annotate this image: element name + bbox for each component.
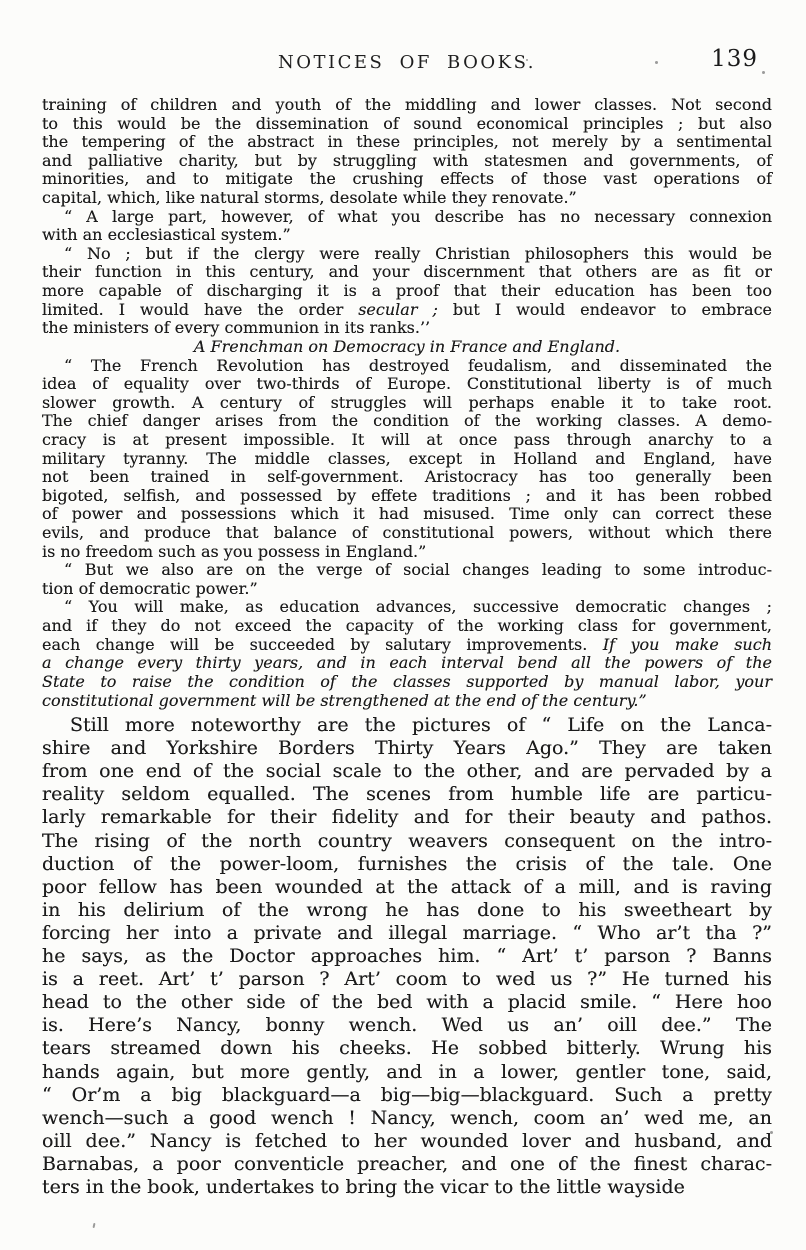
text-line: and palliative charity, but by strugglin… [42, 152, 772, 171]
text-segment: hands again, but more gently, and in a l… [42, 1061, 772, 1083]
text-segment: and if they do not exceed the capacity o… [42, 616, 772, 635]
text-segment: shire and Yorkshire Borders Thirty Years… [42, 737, 772, 759]
text-line: the ministers of every communion in its … [42, 319, 772, 338]
text-line: is no freedom such as you possess in Eng… [42, 543, 772, 562]
text-segment: the tempering of the abstract in these p… [42, 132, 772, 151]
text-segment: tears streamed down his cheeks. He sobbe… [42, 1037, 772, 1059]
text-line: “ No ; but if the clergy were really Chr… [42, 245, 772, 264]
text-segment: slower growth. A century of struggles wi… [42, 393, 772, 412]
text-segment: wench—such a good wench ! Nancy, wench, … [42, 1107, 772, 1129]
text-line: of power and possessions which it had mi… [42, 505, 772, 524]
text-line: Still more noteworthy are the pictures o… [42, 714, 772, 737]
text-segment: is. Here’s Nancy, bonny wench. Wed us an… [42, 1014, 772, 1036]
text-line: he says, as the Doctor approaches him. “… [42, 945, 772, 968]
text-line: hands again, but more gently, and in a l… [42, 1061, 772, 1084]
text-line: more capable of discharging it is a proo… [42, 282, 772, 301]
text-line: from one end of the social scale to the … [42, 760, 772, 783]
text-segment: with an ecclesiastical system.” [42, 225, 291, 244]
text-segment: cracy is at present impossible. It will … [42, 430, 772, 449]
text-segment: is no freedom such as you possess in Eng… [42, 542, 426, 561]
text-line: slower growth. A century of struggles wi… [42, 394, 772, 413]
section-heading-line: A Frenchman on Democracy in France and E… [42, 338, 772, 357]
text-segment: “ Or’m a big blackguard—a big—big—blackg… [42, 1084, 772, 1106]
text-line: with an ecclesiastical system.” [42, 226, 772, 245]
text-segment: idea of equality over two-thirds of Euro… [42, 374, 772, 393]
section-lancashire-review: Still more noteworthy are the pictures o… [42, 714, 772, 1199]
text-segment: bigoted, selfish, and possessed by effet… [42, 486, 772, 505]
text-line: “ A large part, however, of what you des… [42, 208, 772, 227]
text-line: “ But we also are on the verge of social… [42, 561, 772, 580]
scan-speck [93, 1223, 96, 1228]
text-segment: larly remarkable for their fidelity and … [42, 806, 772, 828]
text-line: oill dee.” Nancy is fetched to her wound… [42, 1130, 772, 1153]
text-line: Barnabas, a poor conventicle preacher, a… [42, 1153, 772, 1176]
text-line: and if they do not exceed the capacity o… [42, 617, 772, 636]
text-segment: is a reet. Art’ t’ parson ? Art’ coom to… [42, 968, 772, 990]
text-segment: duction of the power-loom, furnishes the… [42, 853, 772, 875]
text-segment: “ But we also are on the verge of social… [64, 560, 772, 579]
text-segment: military tyranny. The middle classes, ex… [42, 449, 772, 468]
text-segment: he says, as the Doctor approaches him. “… [42, 945, 772, 967]
book-page: NOTICES OF BOOKS. 139 training of childr… [0, 0, 806, 1250]
text-line: duction of the power-loom, furnishes the… [42, 853, 772, 876]
text-segment: “ You will make, as education advances, … [64, 597, 772, 616]
text-segment: forcing her into a private and illegal m… [42, 922, 772, 944]
text-segment: but I would endeavor to embrace [438, 300, 772, 319]
text-line: tears streamed down his cheeks. He sobbe… [42, 1037, 772, 1060]
text-segment: from one end of the social scale to the … [42, 760, 772, 782]
text-line: tion of democratic power.” [42, 580, 772, 599]
text-line: constitutional government will be streng… [42, 692, 772, 711]
text-line: cracy is at present impossible. It will … [42, 431, 772, 450]
text-line: their function in this century, and your… [42, 263, 772, 282]
text-line: evils, and produce that balance of const… [42, 524, 772, 543]
text-line: bigoted, selfish, and possessed by effet… [42, 487, 772, 506]
page-number: 139 [711, 46, 758, 72]
text-line: shire and Yorkshire Borders Thirty Years… [42, 737, 772, 760]
text-segment-italic: State to raise the condition of the clas… [42, 672, 772, 691]
text-block: training of children and youth of the mi… [42, 96, 772, 1199]
text-line: poor fellow has been wounded at the atta… [42, 876, 772, 899]
text-line: larly remarkable for their fidelity and … [42, 806, 772, 829]
section-notices-dialogue: training of children and youth of the mi… [42, 96, 772, 710]
text-segment: more capable of discharging it is a proo… [42, 281, 772, 300]
text-segment: The chief danger arises from the conditi… [42, 411, 772, 430]
text-segment: the ministers of every communion in its … [42, 318, 430, 337]
text-line: ters in the book, undertakes to bring th… [42, 1176, 772, 1199]
text-line: is a reet. Art’ t’ parson ? Art’ coom to… [42, 968, 772, 991]
text-line: capital, which, like natural storms, des… [42, 189, 772, 208]
text-line: each change will be succeeded by salutar… [42, 636, 772, 655]
text-segment: Barnabas, a poor conventicle preacher, a… [42, 1153, 772, 1175]
text-segment: “ A large part, however, of what you des… [64, 207, 772, 226]
scan-speck [762, 71, 765, 74]
running-title: NOTICES OF BOOKS. [42, 52, 772, 73]
text-segment: in his delirium of the wrong he has done… [42, 899, 772, 921]
text-line: minorities, and to mitigate the crushing… [42, 170, 772, 189]
text-segment: limited. I would have the order [42, 300, 358, 319]
text-line: The rising of the north country weavers … [42, 830, 772, 853]
text-segment: to this would be the dissemination of so… [42, 114, 772, 133]
text-segment: tion of democratic power.” [42, 579, 258, 598]
text-segment-italic: secular ; [358, 300, 438, 319]
text-segment: and palliative charity, but by strugglin… [42, 151, 772, 170]
text-line: “ The French Revolution has destroyed fe… [42, 357, 772, 376]
scan-speck [770, 1131, 773, 1134]
text-segment: capital, which, like natural storms, des… [42, 188, 577, 207]
text-line: to this would be the dissemination of so… [42, 115, 772, 134]
text-segment-italic: constitutional government will be streng… [42, 691, 647, 710]
text-line: a change every thirty years, and in each… [42, 654, 772, 673]
text-segment: “ The French Revolution has destroyed fe… [64, 356, 772, 375]
text-line: idea of equality over two-thirds of Euro… [42, 375, 772, 394]
text-line: military tyranny. The middle classes, ex… [42, 450, 772, 469]
text-segment: “ No ; but if the clergy were really Chr… [64, 244, 772, 263]
text-segment: not been trained in self-government. Ari… [42, 467, 772, 486]
text-segment: minorities, and to mitigate the crushing… [42, 169, 772, 188]
text-line: in his delirium of the wrong he has done… [42, 899, 772, 922]
text-line: limited. I would have the order secular … [42, 301, 772, 320]
text-segment: Still more noteworthy are the pictures o… [70, 714, 772, 736]
text-line: the tempering of the abstract in these p… [42, 133, 772, 152]
text-line: State to raise the condition of the clas… [42, 673, 772, 692]
text-segment: head to the other side of the bed with a… [42, 991, 772, 1013]
text-segment: evils, and produce that balance of const… [42, 523, 772, 542]
text-segment: of power and possessions which it had mi… [42, 504, 772, 523]
text-segment-italic: If you make such [603, 635, 772, 654]
text-segment: ters in the book, undertakes to bring th… [42, 1176, 685, 1198]
text-line: training of children and youth of the mi… [42, 96, 772, 115]
scan-speck [655, 61, 658, 64]
text-line: wench—such a good wench ! Nancy, wench, … [42, 1107, 772, 1130]
text-line: head to the other side of the bed with a… [42, 991, 772, 1014]
text-line: not been trained in self-government. Ari… [42, 468, 772, 487]
text-line: reality seldom equalled. The scenes from… [42, 783, 772, 806]
text-segment-italic: a change every thirty years, and in each… [42, 653, 772, 672]
text-line: “ You will make, as education advances, … [42, 598, 772, 617]
text-segment: poor fellow has been wounded at the atta… [42, 876, 772, 898]
text-segment: The rising of the north country weavers … [42, 830, 772, 852]
text-segment: each change will be succeeded by salutar… [42, 635, 603, 654]
text-segment: their function in this century, and your… [42, 262, 772, 281]
text-line: forcing her into a private and illegal m… [42, 922, 772, 945]
text-segment: training of children and youth of the mi… [42, 95, 772, 114]
text-line: is. Here’s Nancy, bonny wench. Wed us an… [42, 1014, 772, 1037]
text-segment: oill dee.” Nancy is fetched to her wound… [42, 1130, 772, 1152]
text-line: The chief danger arises from the conditi… [42, 412, 772, 431]
text-segment: reality seldom equalled. The scenes from… [42, 783, 772, 805]
text-segment-italic: A Frenchman on Democracy in France and E… [194, 337, 620, 356]
text-line: “ Or’m a big blackguard—a big—big—blackg… [42, 1084, 772, 1107]
scan-speck [526, 59, 528, 61]
